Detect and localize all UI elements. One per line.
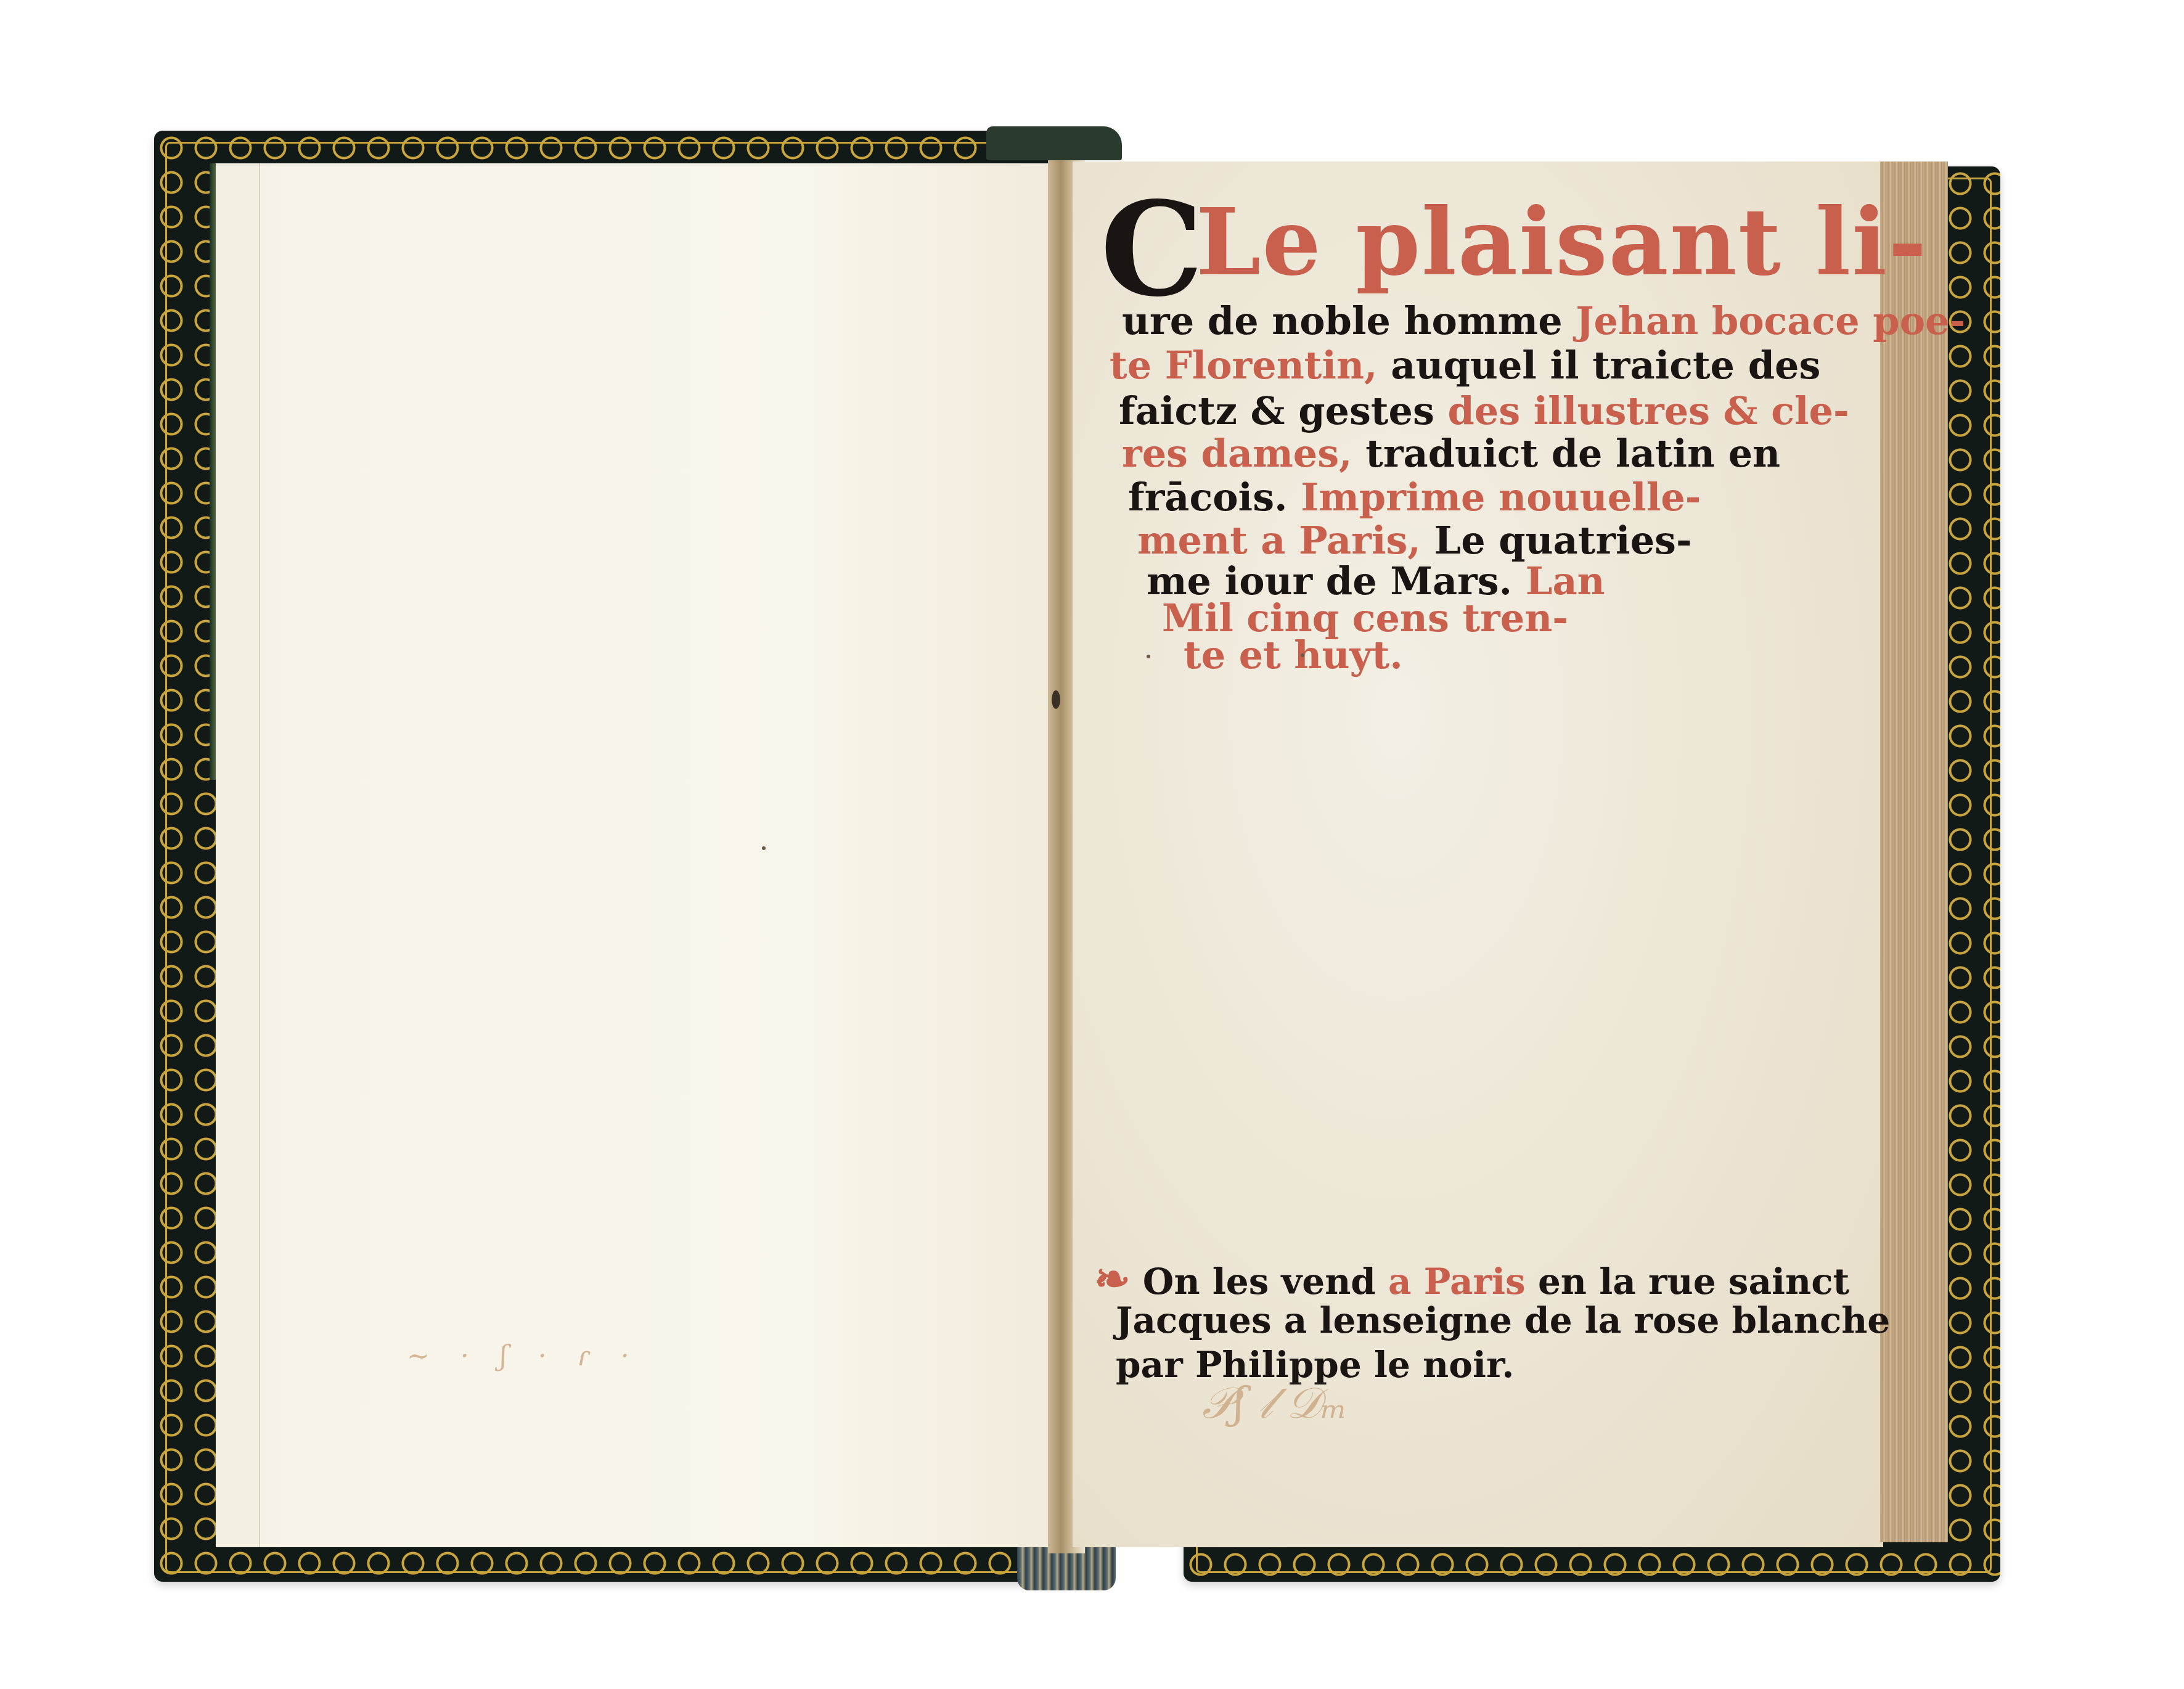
title-line-5: res dames, traduict de latin en (1122, 435, 1780, 473)
title-segment: auquel il traicte des (1391, 343, 1820, 388)
left-flyleaf-page (216, 163, 1054, 1547)
title-line-9: Mil cinq cens tren- (1162, 599, 1568, 637)
title-line-1: Le plaisant li- (1196, 196, 1928, 288)
imprint-segment: On les vend (1143, 1261, 1376, 1303)
title-segment: ment a Paris, (1137, 518, 1421, 563)
title-segment: Jehan bocace poe- (1576, 298, 1965, 343)
title-segment: frācois. (1128, 475, 1288, 520)
title-line-4: faictz & gestes des illustres & cle- (1119, 392, 1849, 430)
title-line-7: ment a Paris, Le quatries- (1137, 521, 1692, 560)
imprint-segment: en la rue sainct (1538, 1261, 1849, 1303)
title-segment: traduict de latin en (1365, 431, 1780, 476)
title-line-3: te Florentin, auquel il traicte des (1110, 346, 1820, 385)
title-segment: ure de noble homme (1122, 298, 1563, 343)
spine-tailband (1017, 1547, 1116, 1590)
title-segment: Imprime nouuelle- (1301, 475, 1701, 520)
paper-speck (762, 846, 766, 850)
imprint-segment: a Paris (1388, 1261, 1526, 1303)
imprint-line-1: ❧ On les vend a Paris en la rue sainct (1094, 1258, 1849, 1301)
paper-speck (1147, 655, 1150, 658)
spine-headcap (986, 126, 1122, 160)
fleuron-icon: ❧ (1094, 1253, 1131, 1304)
paper-speck (1301, 653, 1304, 657)
manuscript-signature: 𝒫ʃ 𝓁 𝒟ₘ (1202, 1378, 1348, 1429)
imprint-line-2: Jacques a lenseigne de la rose blanche (1116, 1303, 1890, 1338)
title-segment: Le quatries- (1434, 518, 1692, 563)
title-line-10: te et huyt. (1184, 636, 1403, 674)
title-segment: faictz & gestes (1119, 388, 1434, 433)
title-segment: te Florentin, (1110, 343, 1378, 388)
title-segment: res dames, (1122, 431, 1352, 476)
gutter-stain (1052, 690, 1060, 709)
title-line-6: frācois. Imprime nouuelle- (1128, 478, 1701, 517)
title-line-2: ure de noble homme Jehan bocace poe- (1122, 302, 1965, 340)
left-page-inscription: ~ · ʃ · ɾ · (407, 1341, 640, 1372)
title-line-8: me iour de Mars. Lan (1147, 562, 1605, 600)
fore-edge-page-block (1880, 162, 1948, 1542)
left-page-stub (216, 163, 260, 1547)
title-initial: C (1100, 185, 1203, 314)
title-segment: des illustres & cle- (1447, 388, 1849, 433)
